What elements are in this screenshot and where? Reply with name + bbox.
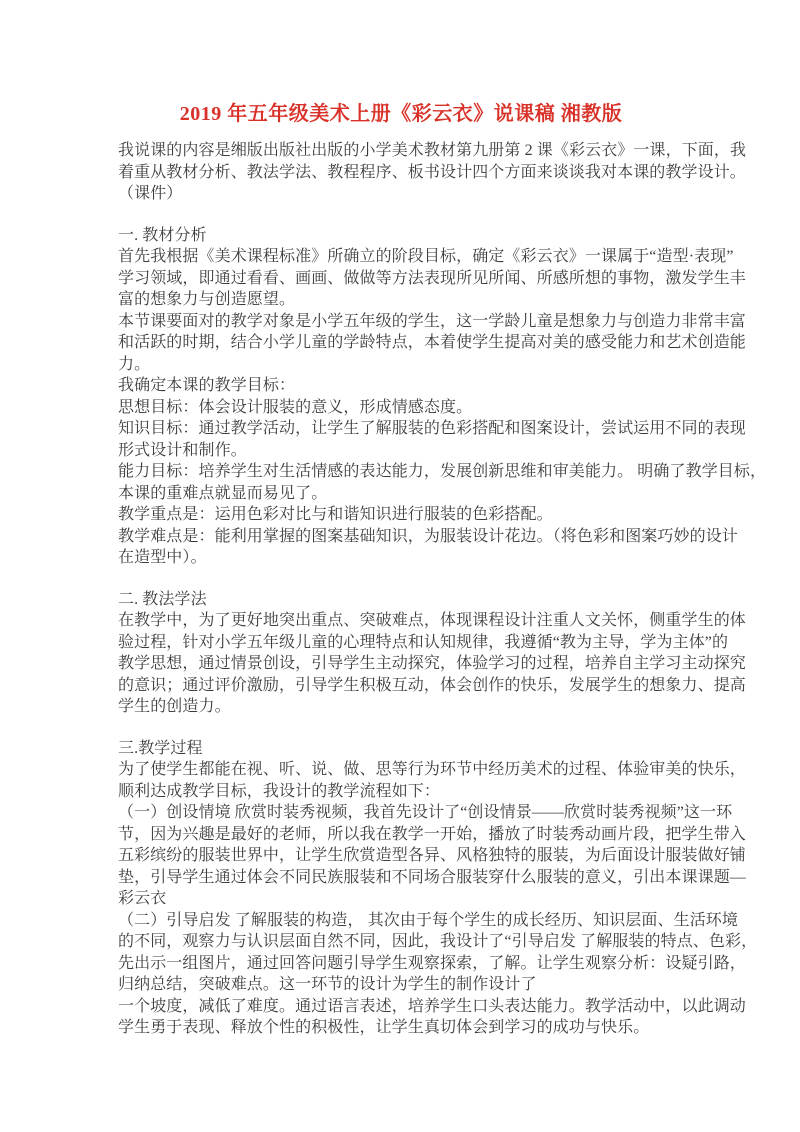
- text-line: 教学重点是：运用色彩对比与和谐知识进行服装的色彩搭配。: [118, 504, 684, 526]
- text-line: （二）引导启发 了解服装的构造， 其次由于每个学生的成长经历、知识层面、生活环境: [118, 910, 684, 932]
- text-line: 验过程，针对小学五年级儿童的心理特点和认知规律，我遵循“教为主导，学为主体”的: [118, 632, 684, 654]
- section-heading-teaching-methods: 二. 教法学法: [118, 589, 684, 611]
- text-line: 教学难点是：能利用掌握的图案基础知识，为服装设计花边。（将色彩和图案巧妙的设计: [118, 526, 684, 548]
- text-line: 的不同，观察力与认识层面自然不同，因此，我设计了“引导启发 了解服装的特点、色彩…: [118, 931, 684, 953]
- text-line: 学习领域，即通过看看、画画、做做等方法表现所见所闻、所感所想的事物，激发学生丰: [118, 268, 684, 290]
- text-line: 和活跃的时期，结合小学儿童的学龄特点，本着使学生提高对美的感受能力和艺术创造能: [118, 332, 684, 354]
- text-line: 垫，引导学生通过体会不同民族服装和不同场合服装穿什么服装的意义，引出本课课题—: [118, 867, 684, 889]
- text-line: （一）创设情境 欣赏时装秀视频，我首先设计了“创设情景——欣赏时装秀视频”这一环: [118, 802, 684, 824]
- text-line: 教学思想，通过情景创设，引导学生主动探究，体验学习的过程，培养自主学习主动探究: [118, 653, 684, 675]
- text-line: 先出示一组图片，通过回答问题引导学生观察探索，了解。让学生观察分析：设疑引路，: [118, 953, 684, 975]
- text-line: 力。: [118, 354, 684, 376]
- document-title: 2019 年五年级美术上册《彩云衣》说课稿 湘教版: [118, 101, 684, 127]
- text-line: 为了使学生都能在视、听、说、做、思等行为环节中经历美术的过程、体验审美的快乐，: [118, 759, 684, 781]
- text-line: 在教学中，为了更好地突出重点、突破难点，体现课程设计注重人文关怀，侧重学生的体: [118, 610, 684, 632]
- intro-line: 着重从教材分析、教法学法、教程程序、板书设计四个方面来谈谈我对本课的教学设计。: [118, 162, 684, 184]
- text-line: 学生的创造力。: [118, 696, 684, 718]
- text-line: 本课的重难点就显而易见了。: [118, 483, 684, 505]
- text-line: 节，因为兴趣是最好的老师，所以我在教学一开始，播放了时装秀动画片段，把学生带入: [118, 824, 684, 846]
- text-line: 彩云衣: [118, 888, 684, 910]
- section-heading-material-analysis: 一. 教材分析: [118, 225, 684, 247]
- section-heading-teaching-process: 三.教学过程: [118, 738, 684, 760]
- text-line: 富的想象力与创造愿望。: [118, 289, 684, 311]
- text-line: 在造型中）。: [118, 547, 684, 569]
- intro-line: 我说课的内容是缃版出版社出版的小学美术教材第九册第 2 课《彩云衣》一课，下面，…: [118, 140, 684, 162]
- text-line: 首先我根据《美术课程标准》所确立的阶段目标，确定《彩云衣》一课属于“造型·表现”: [118, 246, 684, 268]
- text-line: 知识目标：通过教学活动，让学生了解服装的色彩搭配和图案设计，尝试运用不同的表现: [118, 418, 684, 440]
- text-line: 学生勇于表现、释放个性的积极性，让学生真切体会到学习的成功与快乐。: [118, 1017, 684, 1039]
- text-line: 能力目标：培养学生对生活情感的表达能力，发展创新思维和审美能力。 明确了教学目标…: [118, 461, 684, 483]
- text-line: 归纳总结，突破难点。这一环节的设计为学生的制作设计了: [118, 974, 684, 996]
- text-line: 的意识；通过评价激励，引导学生积极互动，体会创作的快乐，发展学生的想象力、提高: [118, 675, 684, 697]
- text-line: 顺利达成教学目标，我设计的教学流程如下：: [118, 781, 684, 803]
- intro-line: （课件）: [118, 183, 684, 205]
- text-line: 思想目标：体会设计服装的意义，形成情感态度。: [118, 397, 684, 419]
- document-page: 2019 年五年级美术上册《彩云衣》说课稿 湘教版 我说课的内容是缃版出版社出版…: [0, 0, 800, 1132]
- text-line: 一个坡度，减低了难度。通过语言表述，培养学生口头表达能力。教学活动中，以此调动: [118, 996, 684, 1018]
- text-line: 形式设计和制作。: [118, 440, 684, 462]
- text-line: 我确定本课的教学目标：: [118, 375, 684, 397]
- text-line: 五彩缤纷的服装世界中，让学生欣赏造型各异、风格独特的服装，为后面设计服装做好铺: [118, 845, 684, 867]
- text-line: 本节课要面对的教学对象是小学五年级的学生，这一学龄儿童是想象力与创造力非常丰富: [118, 311, 684, 333]
